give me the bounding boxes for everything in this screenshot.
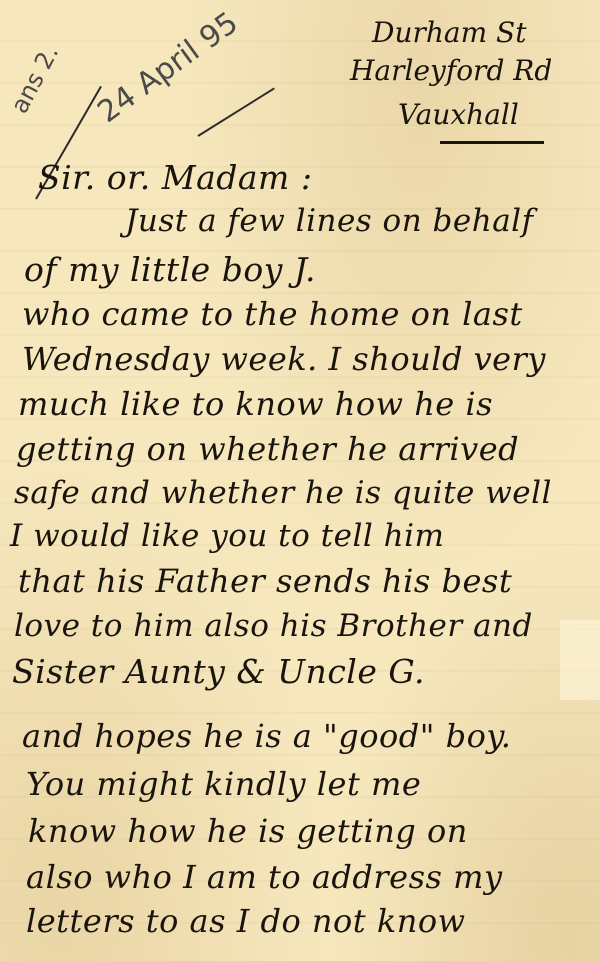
paper-light-patch	[560, 620, 600, 700]
body-line: safe and whether he is quite well	[14, 475, 552, 511]
body-line: also who I am to address my	[26, 858, 503, 896]
body-line: letters to as I do not know	[26, 902, 465, 940]
body-line: of my little boy J.	[24, 250, 316, 289]
address-line-2: Harleyford Rd	[350, 54, 552, 87]
body-line: You might kindly let me	[26, 765, 421, 803]
body-line: love to him also his Brother and	[14, 608, 533, 644]
body-line: getting on whether he arrived	[16, 430, 519, 468]
address-line-1: Durham St	[372, 16, 526, 49]
address-underline	[440, 141, 544, 144]
body-line: much like to know how he is	[18, 385, 493, 423]
pencil-date: 24 April 95	[91, 5, 244, 130]
address-line-3: Vauxhall	[398, 98, 519, 131]
body-line: Sister Aunty & Uncle G.	[12, 652, 425, 691]
body-line: Wednesday week. I should very	[22, 340, 546, 378]
body-line: and hopes he is a "good" boy.	[22, 717, 511, 755]
letter-page: ans 2. 24 April 95 Durham St Harleyford …	[0, 0, 600, 961]
body-line: I would like you to tell him	[10, 518, 444, 554]
body-line: who came to the home on last	[22, 295, 523, 333]
pencil-date-underline	[197, 87, 274, 136]
salutation: Sir. or. Madam :	[38, 158, 312, 197]
body-line: Just a few lines on behalf	[125, 203, 534, 239]
body-line: know how he is getting on	[28, 812, 468, 850]
body-line: that his Father sends his best	[18, 562, 512, 600]
pencil-note: ans 2.	[5, 40, 64, 118]
